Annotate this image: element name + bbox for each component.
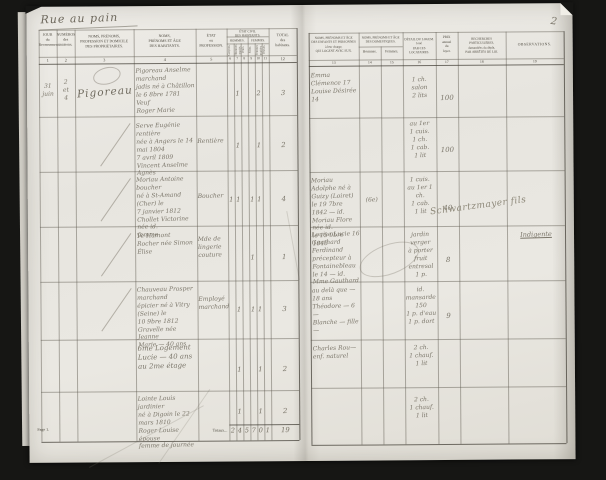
- header-femmes-mariees: Femmes mariées.: [255, 44, 262, 55]
- civil-mark: [241, 89, 248, 97]
- civil-marks: 11: [229, 407, 271, 415]
- idem-stroke: [101, 178, 131, 221]
- civil-mark: [243, 407, 250, 415]
- header-etat: ÉTAT ou PROFESSION.: [196, 34, 227, 50]
- totals-label: Totaux...: [197, 428, 227, 434]
- grid-line: [241, 43, 245, 440]
- civil-mark: [228, 253, 235, 261]
- civil-mark: 1: [257, 305, 264, 313]
- header-lodging: DÉTAIL DU LOGEM. loué PAR CES LOCATAIRES…: [403, 37, 436, 54]
- header-civil-men: HOMMES.: [227, 38, 248, 42]
- civil-mark: [242, 253, 249, 261]
- grid-line: [39, 115, 297, 118]
- civil-mark: [235, 253, 242, 261]
- header-servants-title: NOMS, PRÉNOMS ET ÂGE DES DOMESTIQUES.: [359, 35, 403, 44]
- idem-stroke: [100, 123, 130, 166]
- entry-lodging: 1 ch. salon 2 lits: [404, 76, 436, 101]
- entry-total: 3: [269, 89, 297, 99]
- civil-mark: 1: [257, 407, 264, 415]
- entry-children: Charles Rou— enf. naturel: [313, 344, 363, 361]
- entry-names: Serve Eugénie rentière née à Angers le 1…: [136, 121, 198, 178]
- entry-names: Chauveau Prosper marchand épicier né à V…: [137, 285, 199, 350]
- civil-marks: 111: [229, 305, 271, 313]
- entry-servant-men: (6e): [362, 196, 382, 204]
- header-children: NOMS, PRÉNOMS ET ÂGE DES ENFANTS ET PERS…: [310, 36, 358, 54]
- civil-mark: [243, 305, 250, 313]
- civil-mark: [229, 407, 236, 415]
- entry-houses: 2 et 4: [57, 78, 76, 102]
- civil-mark: [248, 141, 255, 149]
- street-title: Rue au pain: [40, 9, 160, 27]
- civil-mark: 1: [249, 195, 256, 203]
- header-proprietors: NOMS, PRÉNOMS, PROFESSION ET DOMICILE DE…: [75, 34, 134, 50]
- grid-line: [41, 390, 299, 393]
- entry-children: au delà que — 18 ans Théodore — 6 — Blan…: [312, 286, 363, 335]
- col-num: 8: [241, 56, 248, 60]
- entry-names: Pigoreau Anselme marchand jadis né à Châ…: [135, 66, 196, 115]
- header-research: RECHERCHES PARTICULIÈRES, demandées du d…: [459, 37, 505, 55]
- totals-value: 4: [236, 426, 243, 434]
- col-num: 4: [134, 57, 196, 62]
- header-observations: OBSERVATIONS.: [506, 42, 564, 48]
- entry-proprietor: Pigoreau: [77, 84, 134, 102]
- civil-mark: [227, 141, 234, 149]
- entry-total: 2: [271, 407, 299, 417]
- col-num: 11: [262, 56, 269, 60]
- civil-mark: 1: [236, 407, 243, 415]
- civil-marks: 11: [227, 141, 269, 149]
- civil-mark: [248, 89, 255, 97]
- col-num: 14: [359, 60, 381, 64]
- header-veufs: Veufs.: [241, 44, 248, 55]
- grid-line: [248, 37, 252, 440]
- entry-rent: 9: [438, 312, 458, 322]
- entry-children: Louise Lucie 16 Gauthard Ferdinand préce…: [311, 230, 363, 287]
- col-num: 9: [248, 56, 255, 60]
- header-civil-title: ÉTAT CIVIL DES HABITANTS.: [227, 29, 269, 38]
- entry-total: 3: [270, 305, 298, 315]
- civil-mark: [256, 253, 263, 261]
- entry-rent: 100: [437, 146, 457, 156]
- civil-mark: [241, 141, 248, 149]
- header-veuves: Veuves.: [262, 44, 269, 55]
- civil-mark: 1: [234, 89, 241, 97]
- col-num: 17: [436, 59, 458, 63]
- header-civil-women: FEMMES.: [248, 38, 269, 42]
- grid-line: [262, 43, 266, 440]
- civil-mark: 1: [255, 141, 262, 149]
- col-num: 16: [403, 60, 436, 64]
- col-num: 13: [309, 60, 359, 64]
- civil-mark: 1: [250, 305, 257, 313]
- civil-mark: 1: [235, 195, 242, 203]
- entry-names: Lointe Louis jardinier né à Digoin le 22…: [138, 394, 202, 451]
- grid-line: [311, 443, 566, 446]
- col-num: 18: [458, 59, 506, 63]
- entry-etat: Mde de lingerie couture: [198, 235, 228, 260]
- header-rent: PRIX annuel du loyer.: [436, 35, 458, 54]
- col-num: 6: [227, 56, 234, 60]
- entry-total: 4: [270, 195, 298, 205]
- civil-marks: 1: [228, 253, 270, 261]
- scanned-register-photo: Rue au pain 2 JOUR du Recensem: [0, 0, 606, 480]
- entry-total: 2: [271, 365, 299, 375]
- civil-mark: 1: [234, 141, 241, 149]
- civil-mark: [242, 195, 249, 203]
- entry-total: 2: [269, 141, 297, 151]
- col-num: 2: [57, 58, 75, 63]
- entry-lodging: id. mansarde 150 1 p. d'eau 1 p. dort: [405, 286, 437, 326]
- entry-names: Moriau Antoine boucher né à St-Amand (Ch…: [136, 175, 198, 240]
- civil-mark: 1: [236, 305, 243, 313]
- civil-mark: 1: [257, 365, 264, 373]
- entry-rent: 8: [438, 256, 458, 266]
- col-num: 12: [269, 56, 297, 61]
- idem-stroke: [101, 288, 131, 331]
- entry-lodging: 2 ch. 1 chauf. 1 lit: [406, 396, 438, 421]
- header-garcons: Garçons.: [227, 44, 234, 55]
- civil-mark: 1: [256, 195, 263, 203]
- grid-line: [40, 280, 298, 283]
- civil-mark: [229, 365, 236, 373]
- header-day: JOUR du Recensement.: [39, 33, 57, 49]
- civil-mark: [229, 305, 236, 313]
- header-servants-women: Femmes.: [381, 49, 403, 54]
- col-num: 1: [39, 58, 57, 63]
- header-hommes-maries: Hommes mariés.: [234, 44, 241, 55]
- entry-lodging: 2 ch. 1 chauf. 1 lit: [406, 344, 438, 369]
- totals-value: 7: [250, 426, 257, 434]
- civil-mark: 1: [249, 253, 256, 261]
- grid-line: [458, 32, 462, 444]
- sheet-footer: Page 1.: [37, 427, 57, 433]
- header-total: TOTAL des habitants.: [269, 33, 297, 49]
- col-num: 3: [75, 57, 134, 62]
- entry-etat: Rentière: [197, 137, 226, 146]
- civil-mark: [227, 89, 234, 97]
- col-num: 10: [255, 56, 262, 60]
- header-servants-men: Hommes.: [359, 49, 381, 54]
- col-num: 15: [381, 60, 403, 64]
- grid-line: [255, 43, 259, 440]
- dogear-corner-fold: [560, 3, 572, 15]
- col-num: 5: [196, 57, 227, 62]
- paraph-flourish: [91, 64, 122, 87]
- header-filles: Filles.: [248, 44, 255, 55]
- entry-observation: Indigente: [509, 230, 563, 240]
- overlapping-signature: Schwartzmayer fils: [430, 192, 551, 219]
- entry-total: 1: [270, 253, 298, 263]
- totals-value: 5: [243, 426, 250, 434]
- entry-lodging: au 1er 1 cuis. 1 ch. 1 cab. 1 lit: [404, 120, 436, 160]
- header-houses: NUMÉROS des maisons.: [57, 33, 75, 49]
- col-num: 7: [234, 56, 241, 60]
- idem-stroke: [101, 233, 131, 276]
- totals-value: 2: [229, 426, 236, 434]
- civil-mark: [250, 407, 257, 415]
- totals-grand: 19: [271, 426, 299, 436]
- entry-children: Emma Clémence 17 Louise Désirée 14: [311, 71, 358, 104]
- entry-names: 6me Logement Lucie — 40 ans au 2me étage: [137, 343, 198, 372]
- totals-value: 0: [257, 426, 264, 434]
- grid-line: [359, 46, 403, 47]
- totals-values: 245701: [229, 426, 271, 434]
- entry-names: Ve Hamont Rocher née Simon Élise: [137, 231, 198, 256]
- col-num: 19: [506, 59, 564, 63]
- civil-mark: 2: [255, 89, 262, 97]
- civil-mark: 1: [236, 365, 243, 373]
- header-inhabitants: NOMS, PRÉNOMS ET ÂGE DES HABITANTS.: [134, 34, 196, 50]
- civil-marks: 1111: [228, 195, 270, 203]
- entry-day: 31 juin: [39, 83, 57, 99]
- entry-etat: Boucher: [198, 192, 227, 201]
- civil-marks: 12: [227, 89, 269, 97]
- civil-mark: [250, 365, 257, 373]
- civil-mark: 1: [228, 195, 235, 203]
- civil-mark: [243, 365, 250, 373]
- register-paper: Rue au pain 2 JOUR du Recensem: [26, 3, 575, 463]
- entry-rent: 100: [437, 94, 457, 104]
- grid-line: [234, 43, 238, 440]
- civil-marks: 11: [229, 365, 271, 373]
- entry-etat: Employé marchand: [198, 295, 227, 312]
